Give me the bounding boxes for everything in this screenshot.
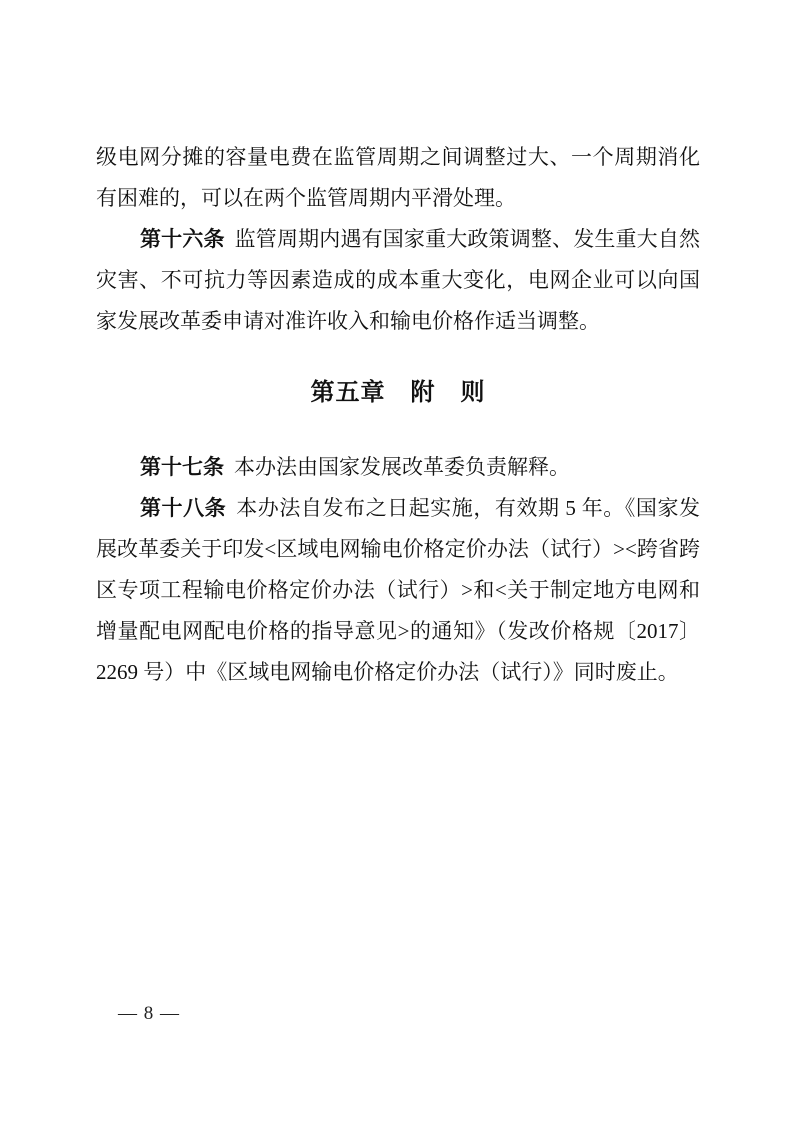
article-18: 第十八条本办法自发布之日起实施，有效期 5 年。《国家发 展改革委关于印发<区域… — [96, 488, 700, 693]
article-text: 本办法由国家发展改革委负责解释。 — [234, 455, 570, 479]
text-line: 有困难的，可以在两个监管周期内平滑处理。 — [96, 178, 700, 219]
page-number: — 8 — — [118, 1001, 180, 1026]
article-term: 第十六条 — [140, 228, 225, 251]
text-line: 第十七条本办法由国家发展改革委负责解释。 — [96, 447, 700, 488]
chapter-heading: 第五章 附 则 — [96, 372, 700, 413]
text-line: 级电网分摊的容量电费在监管周期之间调整过大、一个周期消化 — [96, 137, 700, 178]
document-page: 级电网分摊的容量电费在监管周期之间调整过大、一个周期消化 有困难的，可以在两个监… — [0, 0, 793, 1122]
text-line: 第十八条本办法自发布之日起实施，有效期 5 年。《国家发 — [96, 488, 700, 529]
article-text: 本办法自发布之日起实施，有效期 5 年。《国家发 — [236, 496, 700, 520]
article-17: 第十七条本办法由国家发展改革委负责解释。 — [96, 447, 700, 488]
paragraph-continuation: 级电网分摊的容量电费在监管周期之间调整过大、一个周期消化 有困难的，可以在两个监… — [96, 137, 700, 219]
text-line: 第十六条监管周期内遇有国家重大政策调整、发生重大自然 — [96, 219, 700, 260]
page-body: 级电网分摊的容量电费在监管周期之间调整过大、一个周期消化 有困难的，可以在两个监… — [96, 137, 700, 693]
text-line: 区专项工程输电价格定价办法（试行）>和<关于制定地方电网和 — [96, 570, 700, 611]
article-term: 第十七条 — [140, 456, 224, 479]
article-text: 监管周期内遇有国家重大政策调整、发生重大自然 — [235, 227, 700, 251]
article-term: 第十八条 — [140, 497, 226, 520]
text-line: 增量配电网配电价格的指导意见>的通知》（发改价格规〔2017〕 — [96, 611, 700, 652]
article-16: 第十六条监管周期内遇有国家重大政策调整、发生重大自然 灾害、不可抗力等因素造成的… — [96, 219, 700, 342]
text-line: 2269 号）中《区域电网输电价格定价办法（试行）》同时废止。 — [96, 652, 700, 693]
text-line: 家发展改革委申请对准许收入和输电价格作适当调整。 — [96, 301, 700, 342]
text-line: 展改革委关于印发<区域电网输电价格定价办法（试行）><跨省跨 — [96, 529, 700, 570]
text-line: 灾害、不可抗力等因素造成的成本重大变化，电网企业可以向国 — [96, 260, 700, 301]
